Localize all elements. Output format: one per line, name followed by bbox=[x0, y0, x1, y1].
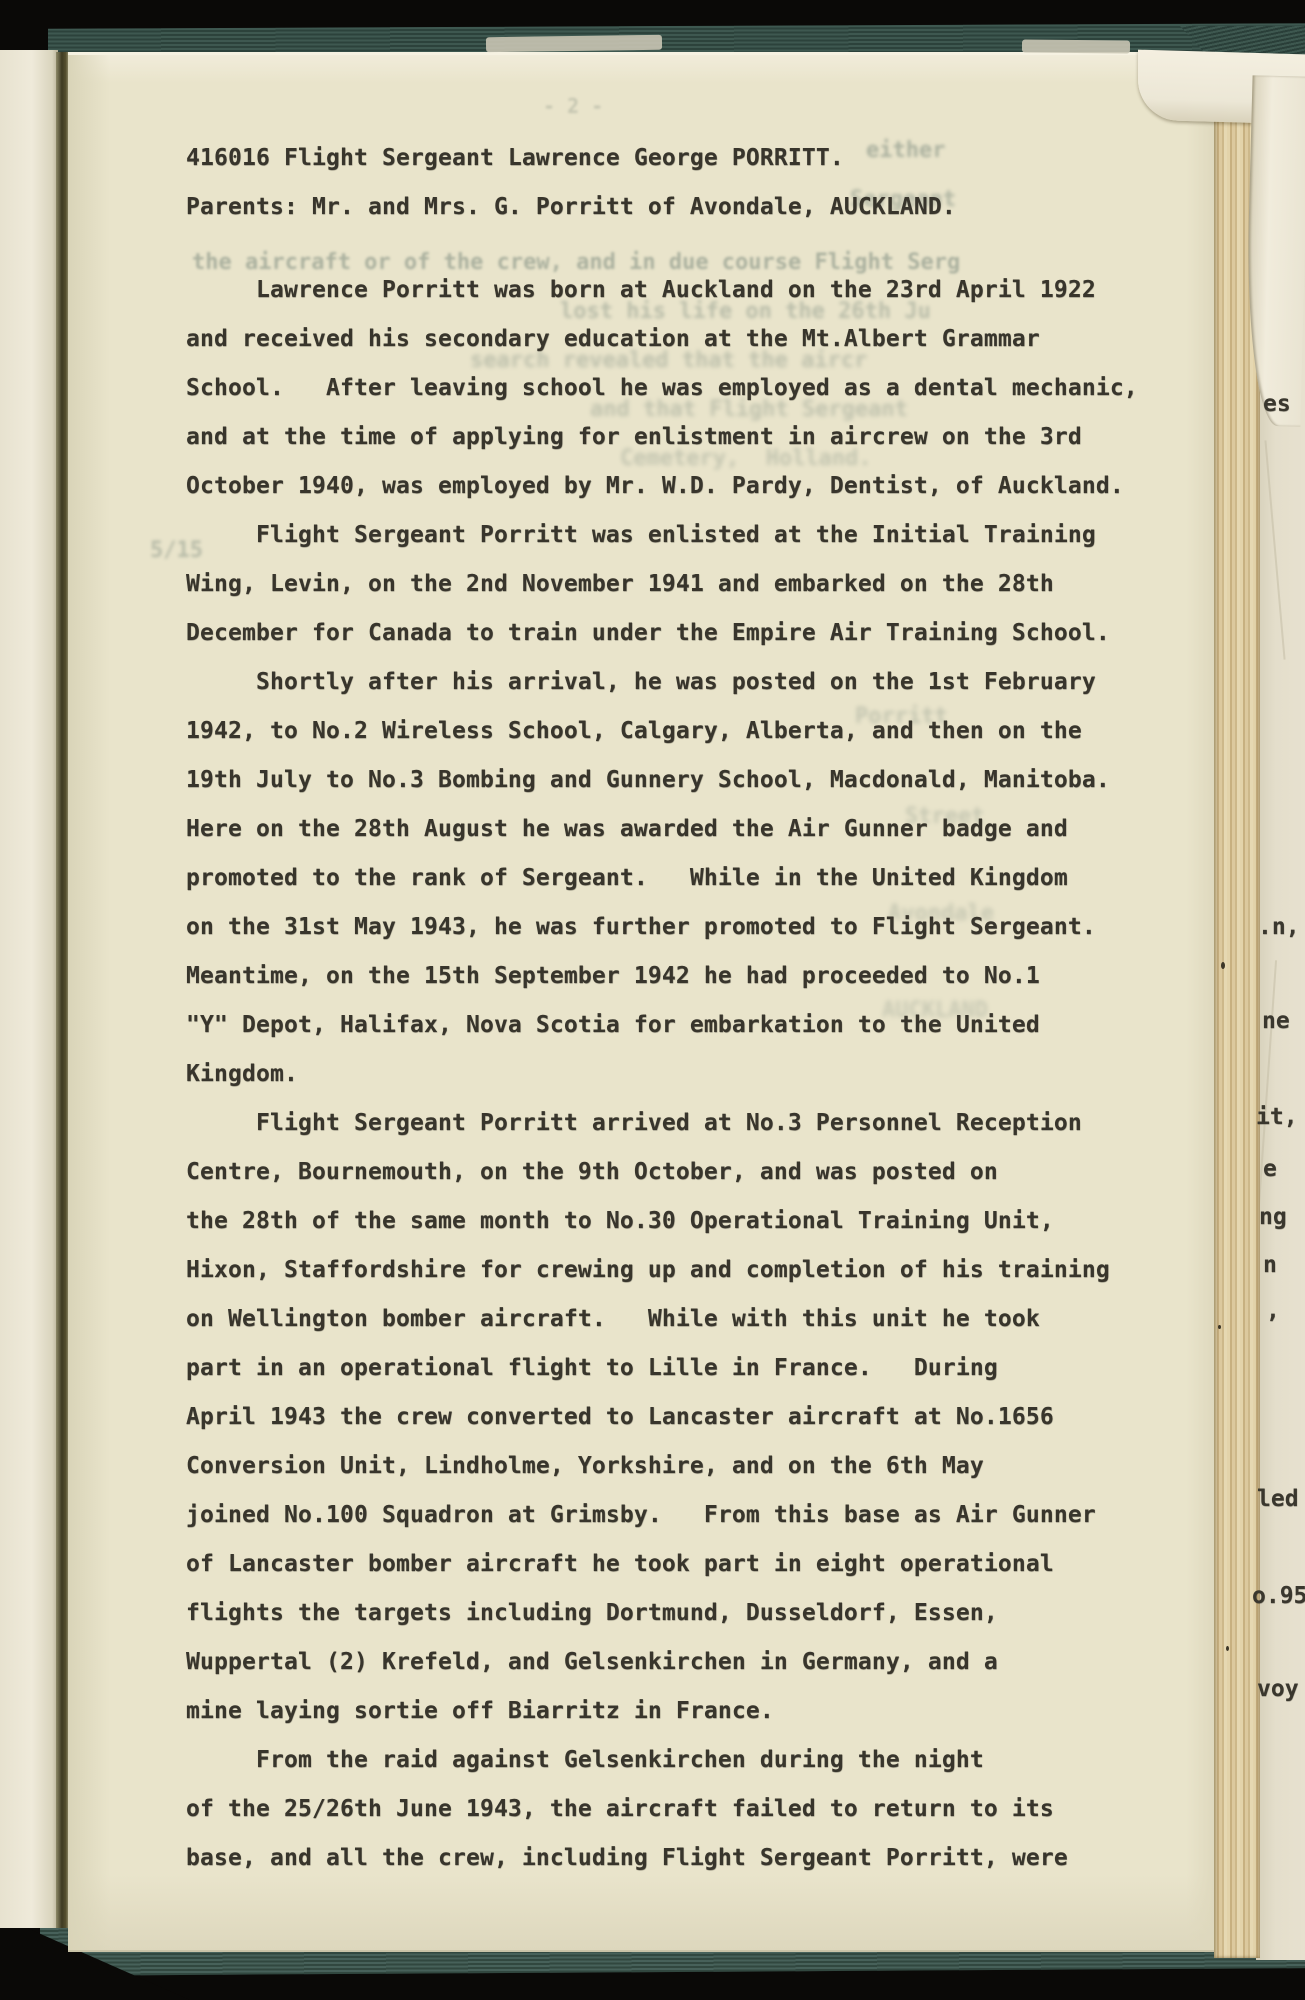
text-line: 19th July to No.3 Bombing and Gunnery Sc… bbox=[186, 756, 1138, 805]
archival-book-photo: - 2 - eitherSergeantthe aircraft or of t… bbox=[0, 0, 1305, 2000]
text-line: From the raid against Gelsenkirchen duri… bbox=[186, 1736, 1138, 1785]
edge-text-fragment: , bbox=[1266, 1300, 1280, 1323]
typed-body: Lawrence Porritt was born at Auckland on… bbox=[186, 266, 1138, 1883]
text-line: Lawrence Porritt was born at Auckland on… bbox=[186, 266, 1138, 315]
text-line: "Y" Depot, Halifax, Nova Scotia for emba… bbox=[186, 1001, 1138, 1050]
tape-remnant bbox=[1022, 39, 1130, 53]
text-line: Here on the 28th August he was awarded t… bbox=[186, 805, 1138, 854]
text-line: of the 25/26th June 1943, the aircraft f… bbox=[186, 1785, 1138, 1834]
text-line: base, and all the crew, including Flight… bbox=[186, 1834, 1138, 1883]
text-line: October 1940, was employed by Mr. W.D. P… bbox=[186, 462, 1138, 511]
text-line: Hixon, Staffordshire for crewing up and … bbox=[186, 1246, 1138, 1295]
edge-text-fragment: led bbox=[1257, 1488, 1299, 1511]
text-line: Shortly after his arrival, he was posted… bbox=[186, 658, 1138, 707]
text-line: Meantime, on the 15th September 1942 he … bbox=[186, 952, 1138, 1001]
text-line: 1942, to No.2 Wireless School, Calgary, … bbox=[186, 707, 1138, 756]
paper-speck bbox=[1221, 962, 1225, 969]
text-line: 416016 Flight Sergeant Lawrence George P… bbox=[186, 134, 956, 183]
paper-speck bbox=[1226, 1646, 1229, 1651]
edge-text-fragment: e bbox=[1263, 1158, 1277, 1181]
text-line: Parents: Mr. and Mrs. G. Porritt of Avon… bbox=[186, 183, 956, 232]
crease-line bbox=[1264, 440, 1285, 659]
edge-text-fragment: n bbox=[1263, 1254, 1277, 1277]
text-line: flights the targets including Dortmund, … bbox=[186, 1589, 1138, 1638]
edge-text-fragment: ne bbox=[1262, 1010, 1290, 1033]
text-line: School. After leaving school he was empl… bbox=[186, 364, 1138, 413]
text-line: Kingdom. bbox=[186, 1050, 1138, 1099]
text-line: April 1943 the crew converted to Lancast… bbox=[186, 1393, 1138, 1442]
text-line: and received his secondary education at … bbox=[186, 315, 1138, 364]
text-line: joined No.100 Squadron at Grimsby. From … bbox=[186, 1491, 1138, 1540]
edge-text-fragment: ng bbox=[1259, 1206, 1287, 1229]
text-line: Flight Sergeant Porritt arrived at No.3 … bbox=[186, 1099, 1138, 1148]
text-line: on the 31st May 1943, he was further pro… bbox=[186, 903, 1138, 952]
paper-speck bbox=[1218, 1325, 1221, 1329]
page-number-ghost: - 2 - bbox=[543, 94, 603, 118]
text-line: on Wellington bomber aircraft. While wit… bbox=[186, 1295, 1138, 1344]
text-line: the 28th of the same month to No.30 Oper… bbox=[186, 1197, 1138, 1246]
text-line: Conversion Unit, Lindholme, Yorkshire, a… bbox=[186, 1442, 1138, 1491]
text-line: Wuppertal (2) Krefeld, and Gelsenkirchen… bbox=[186, 1638, 1138, 1687]
text-line: Centre, Bournemouth, on the 9th October,… bbox=[186, 1148, 1138, 1197]
text-line: of Lancaster bomber aircraft he took par… bbox=[186, 1540, 1138, 1589]
edge-text-fragment: .n, bbox=[1258, 916, 1300, 939]
page-edge-stack bbox=[1214, 84, 1260, 1958]
text-line: part in an operational flight to Lille i… bbox=[186, 1344, 1138, 1393]
text-line: Flight Sergeant Porritt was enlisted at … bbox=[186, 511, 1138, 560]
typed-heading: 416016 Flight Sergeant Lawrence George P… bbox=[186, 134, 956, 232]
text-line: and at the time of applying for enlistme… bbox=[186, 413, 1138, 462]
tape-remnant bbox=[486, 35, 662, 52]
edge-text-fragment: o.95 bbox=[1252, 1585, 1305, 1608]
text-line: mine laying sortie off Biarritz in Franc… bbox=[186, 1687, 1138, 1736]
text-line: December for Canada to train under the E… bbox=[186, 609, 1138, 658]
edge-text-fragment: voy bbox=[1257, 1678, 1299, 1701]
edge-text-fragment: es bbox=[1263, 393, 1291, 416]
facing-page-edge bbox=[0, 50, 58, 1928]
text-line: promoted to the rank of Sergeant. While … bbox=[186, 854, 1138, 903]
text-line: Wing, Levin, on the 2nd November 1941 an… bbox=[186, 560, 1138, 609]
edge-text-fragment: it, bbox=[1256, 1106, 1298, 1129]
